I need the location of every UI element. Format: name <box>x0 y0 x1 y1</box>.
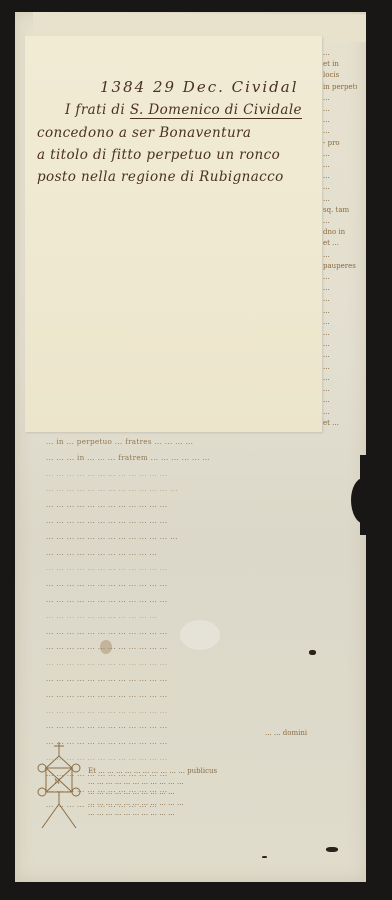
notary-signum-icon: N <box>34 742 84 830</box>
charter-line: ... ... ... ... ... ... ... ... ... ... … <box>46 576 352 592</box>
strip-word: dno in <box>323 227 357 238</box>
parchment-hole-small <box>326 847 338 852</box>
charter-line: ... ... ... ... ... ... ... ... ... ... … <box>46 624 352 640</box>
subscription-line: ... ... ... ... ... ... ... ... ... ... … <box>88 798 348 809</box>
strip-word: ... <box>323 328 357 339</box>
strip-word: ... <box>323 407 357 418</box>
charter-line: ... ... ... ... ... ... ... ... ... ... … <box>46 608 352 624</box>
strip-word: sq. tam <box>323 205 357 216</box>
subscription-line: ... ... ... ... ... ... ... ... ... ... … <box>88 777 348 788</box>
charter-line: ... ... ... ... ... ... ... ... ... ... … <box>46 481 352 497</box>
strip-word: ... <box>323 339 357 350</box>
charter-line: ... ... ... ... ... ... ... ... ... ... … <box>46 703 352 719</box>
parchment-hole <box>351 478 377 524</box>
strip-word: et ... <box>323 418 357 429</box>
strip-word: ... <box>323 317 357 328</box>
strip-word: ... <box>323 306 357 317</box>
signum-letters: N <box>54 778 60 786</box>
strip-word: ... <box>323 429 357 432</box>
charter-line: ... ... ... ... ... ... ... ... ... ... … <box>46 497 352 513</box>
note-line-1: I frati di S. Domenico di Cividale <box>65 102 362 118</box>
subscription-line: ... ... ... ... ... ... ... ... ... ... <box>88 787 348 798</box>
strip-word: ... <box>323 384 357 395</box>
strip-word: ... <box>323 250 357 261</box>
strip-word: et in <box>323 59 357 70</box>
charter-line: ... in ... perpetuo ... fratres ... ... … <box>46 434 352 450</box>
strip-word: ... <box>323 48 357 59</box>
strip-word: ... <box>323 373 357 384</box>
charter-line: ... ... ... ... ... ... ... ... ... ... … <box>46 592 352 608</box>
parchment-hole-small <box>262 856 267 858</box>
note-monastery-name: S. Domenico di Cividale <box>130 102 302 119</box>
charter-line: ... ... ... ... ... ... ... ... ... ... … <box>46 655 352 671</box>
strip-word: ... <box>323 272 357 283</box>
note-line-1-prefix: I frati di <box>65 102 130 118</box>
archival-note: 1384 29 Dec. Cividal I frati di S. Domen… <box>25 36 322 432</box>
strip-word: ... <box>323 362 357 373</box>
charter-line: ... ... ... ... ... ... ... ... ... ... … <box>46 466 352 482</box>
strip-word: ... <box>323 350 357 361</box>
subscription-line: Et ... ... ... ... ... ... ... ... ... .… <box>88 766 348 777</box>
strip-word: ... <box>323 216 357 227</box>
note-line-4: posto nella regione di Rubignacco <box>37 169 334 185</box>
charter-line: ... ... ... in ... ... ... fratrem ... .… <box>46 450 352 466</box>
charter-line: ... ... ... ... ... ... ... ... ... ... … <box>46 560 352 576</box>
note-dateline: 1384 29 Dec. Cividal <box>100 78 392 96</box>
charter-body: ... in ... perpetuo ... fratres ... ... … <box>46 434 352 813</box>
notarial-subscription: Et ... ... ... ... ... ... ... ... ... .… <box>88 766 348 819</box>
charter-line: ... ... ... ... ... ... ... ... ... ... … <box>46 671 352 687</box>
strip-word: ... <box>323 194 357 205</box>
note-line-2: concedono a ser Bonaventura <box>37 125 334 141</box>
subscription-line: ... ... ... ... ... ... ... ... ... ... <box>88 808 348 819</box>
charter-line: ... ... ... ... ... ... ... ... ... ... … <box>46 639 352 655</box>
charter-line: ... ... ... ... ... ... ... ... ... ... … <box>46 513 352 529</box>
note-line-3: a titolo di fitto perpetuo un ronco <box>37 147 334 163</box>
charter-line: ... ... ... ... ... ... ... ... ... ... … <box>46 529 352 545</box>
charter-line: ... ... ... ... ... ... ... ... ... ... … <box>46 687 352 703</box>
strip-word: pauperes <box>323 261 357 272</box>
charter-line: ... ... ... ... ... ... ... ... ... ... … <box>46 545 352 561</box>
charter-closing-right: ... ... domini <box>265 729 307 737</box>
strip-word: ... <box>323 294 357 305</box>
parchment-spot <box>309 650 316 655</box>
strip-word: et ... <box>323 238 357 249</box>
strip-word: ... <box>323 395 357 406</box>
strip-word: ... <box>323 283 357 294</box>
charter-line: ... ... ... ... ... ... ... ... ... ... … <box>46 750 352 766</box>
